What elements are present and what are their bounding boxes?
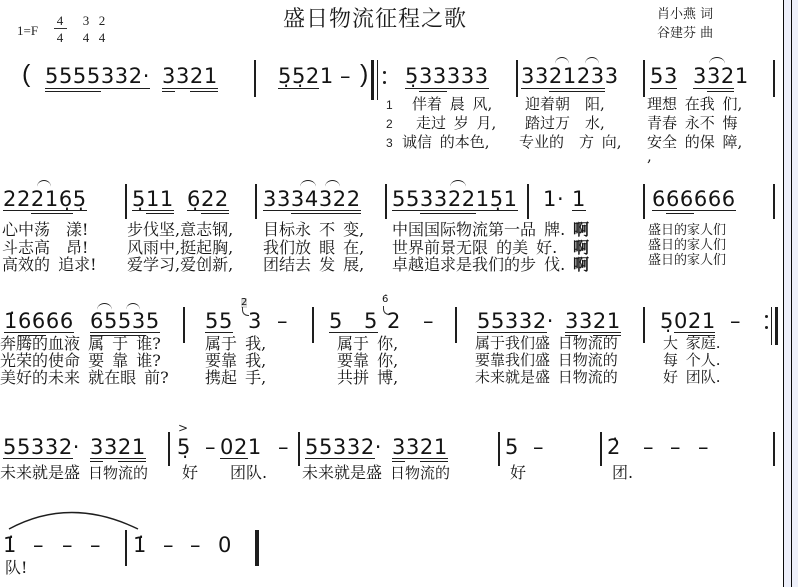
lyric-verse-2: 每 个人. <box>663 352 721 369</box>
lyricist-credit: 肖小燕 词 <box>657 8 713 22</box>
lyric-verse-2: 光荣的使命 要 靠 谁? <box>0 352 161 369</box>
barline <box>773 184 775 219</box>
time-signature-top: 2 <box>96 14 108 27</box>
lyric: 未来就是盛 <box>302 464 382 481</box>
verse-number: 1 <box>386 99 393 111</box>
tie-arc <box>37 180 51 187</box>
barline <box>643 184 645 219</box>
final-barline <box>255 530 259 566</box>
lyric-verse-2: 我们放 眼 在, <box>263 239 364 256</box>
composer-credit: 谷建芬 曲 <box>657 27 713 41</box>
beam <box>305 458 375 459</box>
sustain-dash: – <box>423 311 434 332</box>
note-group: 55332· <box>305 437 382 458</box>
tie-arc <box>585 57 599 64</box>
lyric-verse-3: 携起 手, <box>205 369 266 386</box>
note-group: 1̇6666 <box>4 311 74 332</box>
lyric-verse-3: 专业的 方 向, <box>519 134 622 151</box>
note: 2 <box>387 311 401 332</box>
lyric: 队! <box>5 559 27 576</box>
note-group: 65535 <box>90 311 160 332</box>
note: 5 <box>505 437 519 458</box>
barline <box>455 307 457 343</box>
beam <box>392 461 405 462</box>
sustain-dash: – <box>698 437 709 458</box>
fraction-line <box>54 28 67 29</box>
beam <box>90 458 146 459</box>
beam <box>31 213 73 214</box>
beam <box>162 91 175 92</box>
note-group: 55332· <box>477 311 554 332</box>
note-group: 3321 <box>90 437 146 458</box>
lyric: 团队. <box>230 464 267 481</box>
intro-close-paren: ) <box>360 62 368 87</box>
repeat-dot <box>383 81 386 84</box>
beam <box>652 210 736 211</box>
lyric-verse-2: 斗志高 昂! <box>2 239 88 256</box>
sustain-dash: – <box>730 311 741 332</box>
sustain-dash: – <box>643 437 654 458</box>
lyric: 好 <box>510 464 526 481</box>
tie-arc <box>450 180 466 187</box>
lyric-verse-3: 爱学习,爱创新, <box>127 256 233 273</box>
lyric: 未来就是盛 <box>0 464 80 481</box>
note-group: 1· <box>543 189 564 210</box>
note-group: 6̣22 <box>187 189 229 210</box>
lyric-verse-3: 美好的未来 就在眼 前? <box>0 369 169 386</box>
accent-mark: > <box>178 422 188 434</box>
beam <box>405 88 489 89</box>
beam <box>45 91 101 92</box>
beam <box>392 210 518 211</box>
beam <box>392 458 448 459</box>
sustain-dash: – <box>62 535 73 556</box>
note: 1̇ <box>133 535 147 556</box>
time-signature-bottom: 4 <box>96 31 108 44</box>
lyric-verse-2: 盛日的家人们 <box>648 238 726 253</box>
tie-arc <box>325 180 340 187</box>
time-signature-top: 4 <box>54 14 66 27</box>
lyric-verse-1: 属于我们盛 日物流的 <box>475 335 618 352</box>
repeat-dot <box>765 326 768 329</box>
barline <box>255 184 257 219</box>
lyric-verse-3: 诚信 的本色, <box>402 134 490 151</box>
lyric-verse-1: 奔腾的血液 属 于 谁? <box>0 335 161 352</box>
beam <box>666 213 694 214</box>
beam <box>521 88 605 89</box>
barline <box>168 432 170 466</box>
beam <box>291 213 361 214</box>
tie-arc <box>300 180 316 187</box>
repeat-dot <box>383 71 386 74</box>
lyric-verse-1: 步伐坚,意志钢, <box>127 221 233 238</box>
lyric: 团. <box>612 464 633 481</box>
beam <box>187 210 229 211</box>
beam <box>45 88 150 89</box>
barline <box>516 60 518 97</box>
note-group: 1 <box>572 189 586 210</box>
beam <box>3 210 87 211</box>
tie-arc <box>126 303 140 310</box>
tie-arc <box>709 57 725 64</box>
sheet-music-page: 1=F 4 4 3 4 2 4 盛日物流征程之歌 肖小燕 词 谷建芬 曲 ( 5… <box>0 0 798 587</box>
lyric-verse-2: 要靠我们盛 日物流的 <box>475 352 618 369</box>
note: 1̇ <box>3 535 17 556</box>
note-group: 3334322 <box>263 189 361 210</box>
sustain-dash: – <box>533 437 544 458</box>
lyric-verse-1: 属于 你, <box>337 335 398 352</box>
lyric-verse-1: 迎着朝 阳, <box>525 96 605 113</box>
lyric-verse-2: 走过 岁 月, <box>416 115 496 132</box>
lyric-exclamation: 啊 <box>573 239 589 256</box>
grace-note: 6̇ <box>382 295 388 305</box>
lyric: 日物流的 <box>390 465 450 482</box>
window-border-fill <box>784 0 791 587</box>
lyric-exclamation: 啊 <box>573 221 589 238</box>
lyric: 好 <box>182 464 198 481</box>
lyric-verse-3: 好 团队. <box>663 369 721 386</box>
barline <box>643 60 645 97</box>
note-group: 3321 <box>392 437 448 458</box>
note-group: 5̣5̣21 <box>278 66 334 87</box>
note-group: 3321 <box>162 66 218 87</box>
beam <box>220 458 248 459</box>
lyric-verse-2: 青春 永不 悔 <box>647 115 738 132</box>
lyric-verse-1: 中国国际物流第一品 牌. <box>392 221 565 238</box>
sustain-dash: – <box>190 535 201 556</box>
tie-arc <box>97 303 112 310</box>
barline <box>385 184 387 219</box>
note-group: 3321 <box>693 66 749 87</box>
lyric: 日物流的 <box>88 465 148 482</box>
lyric-verse-3: 安全 的保 障, <box>647 134 742 151</box>
repeat-dot <box>765 315 768 318</box>
sustain-dash: – <box>205 437 216 458</box>
beam <box>90 461 103 462</box>
barline <box>254 60 256 97</box>
lyric-verse-3: 高效的 追求! <box>2 256 97 273</box>
repeat-thick-bar <box>371 60 374 100</box>
beam <box>420 461 448 462</box>
note-group: 021 <box>220 437 262 458</box>
lyric-exclamation: 啊 <box>573 256 589 273</box>
lyric-verse-2: 风雨中,挺起胸, <box>127 239 233 256</box>
note-group: 5̣11 <box>132 189 174 210</box>
beam <box>201 213 229 214</box>
note: 3 <box>248 311 262 332</box>
repeat-thin-bar <box>377 60 378 100</box>
barline <box>600 432 602 466</box>
time-signature-bottom: 4 <box>80 31 92 44</box>
repeat-thick-bar <box>775 307 778 345</box>
beam <box>3 458 73 459</box>
beam <box>419 91 447 92</box>
barline <box>298 432 300 466</box>
note-group: 55 <box>205 311 233 332</box>
song-title: 盛日物流征程之歌 <box>283 8 467 32</box>
lyric-verse-1: 属于 我, <box>205 335 266 352</box>
barline <box>643 307 645 343</box>
barline <box>312 307 314 343</box>
sustain-dash: – <box>277 311 288 332</box>
lyric-verse-3: 共拼 博, <box>337 369 398 386</box>
barline <box>498 432 500 466</box>
note-group: 53 <box>650 66 678 87</box>
lyric-verse-1: 伴着 晨 风, <box>412 96 492 113</box>
lyric-verse-1: 目标永 不 变, <box>263 221 364 238</box>
note-group: 55332· <box>3 437 80 458</box>
barline <box>183 307 185 343</box>
sustain-dash: – <box>90 535 101 556</box>
lyric-verse-3: 团结去 发 展, <box>263 256 364 273</box>
sustain-dash: – <box>340 66 351 87</box>
lyric-verse-2: 世界前景无限 的美 好. <box>392 239 557 256</box>
note-group: 5555332· <box>45 66 150 87</box>
note-group: 3321233 <box>521 66 619 87</box>
beam <box>190 91 218 92</box>
lyric-verse-1: 大 家庭. <box>663 335 721 352</box>
intro-open-paren: ( <box>22 62 30 87</box>
beam <box>693 88 734 89</box>
tie-arc <box>555 57 569 64</box>
lyric-verse-3: 未来就是盛 日物流的 <box>475 369 618 386</box>
note-group: 5̣021 <box>660 311 716 332</box>
sustain-dash: – <box>163 535 174 556</box>
sustain-dash: – <box>670 437 681 458</box>
beam <box>707 91 734 92</box>
beam <box>146 213 174 214</box>
lyric-verse-1: 心中荡 漾! <box>2 221 88 238</box>
note-group: 3321 <box>565 311 621 332</box>
beam <box>118 461 146 462</box>
verse-number: 2 <box>386 118 393 130</box>
barline <box>773 432 775 466</box>
note: 2̇ <box>607 437 621 458</box>
lyric-verse-2: 要靠 我, <box>205 352 266 369</box>
barline <box>125 530 127 566</box>
barline <box>527 184 529 219</box>
stray-comma: , <box>647 148 652 165</box>
repeat-thin-bar <box>771 307 772 345</box>
barline <box>773 60 775 97</box>
note: 5̣ <box>177 437 191 458</box>
note-group: 22216̣5̣ <box>3 189 87 210</box>
lyric-verse-3: 卓越追求是我们的步 伐. <box>392 256 565 273</box>
note: 5 <box>329 311 343 332</box>
sustain-dash: – <box>278 437 289 458</box>
beam <box>263 210 361 211</box>
beam <box>420 213 476 214</box>
beam <box>162 88 218 89</box>
lyric-verse-3: 盛日的家人们 <box>648 253 726 268</box>
beam <box>549 91 605 92</box>
barline <box>125 184 127 219</box>
note-group: 666666 <box>652 189 736 210</box>
lyric-verse-2: 踏过万 水, <box>525 115 605 132</box>
lyric-verse-2: 要靠 你, <box>337 352 398 369</box>
lyric-verse-1: 理想 在我 们, <box>647 96 742 113</box>
key-signature: 1=F <box>17 24 38 37</box>
beam <box>132 210 174 211</box>
beam <box>650 88 677 89</box>
time-signature-bottom: 4 <box>54 31 66 44</box>
sustain-dash: – <box>33 535 44 556</box>
note: 5 <box>364 311 378 332</box>
note-group: 55332215̣1 <box>392 189 518 210</box>
lyric-verse-1: 盛日的家人们 <box>648 223 726 238</box>
rest: 0 <box>218 535 232 556</box>
time-signature-top: 3 <box>80 14 92 27</box>
note-group: 5̣33333 <box>405 66 489 87</box>
verse-number: 3 <box>386 137 393 149</box>
beam <box>278 88 319 89</box>
window-edge <box>792 0 798 587</box>
beam <box>572 210 586 211</box>
